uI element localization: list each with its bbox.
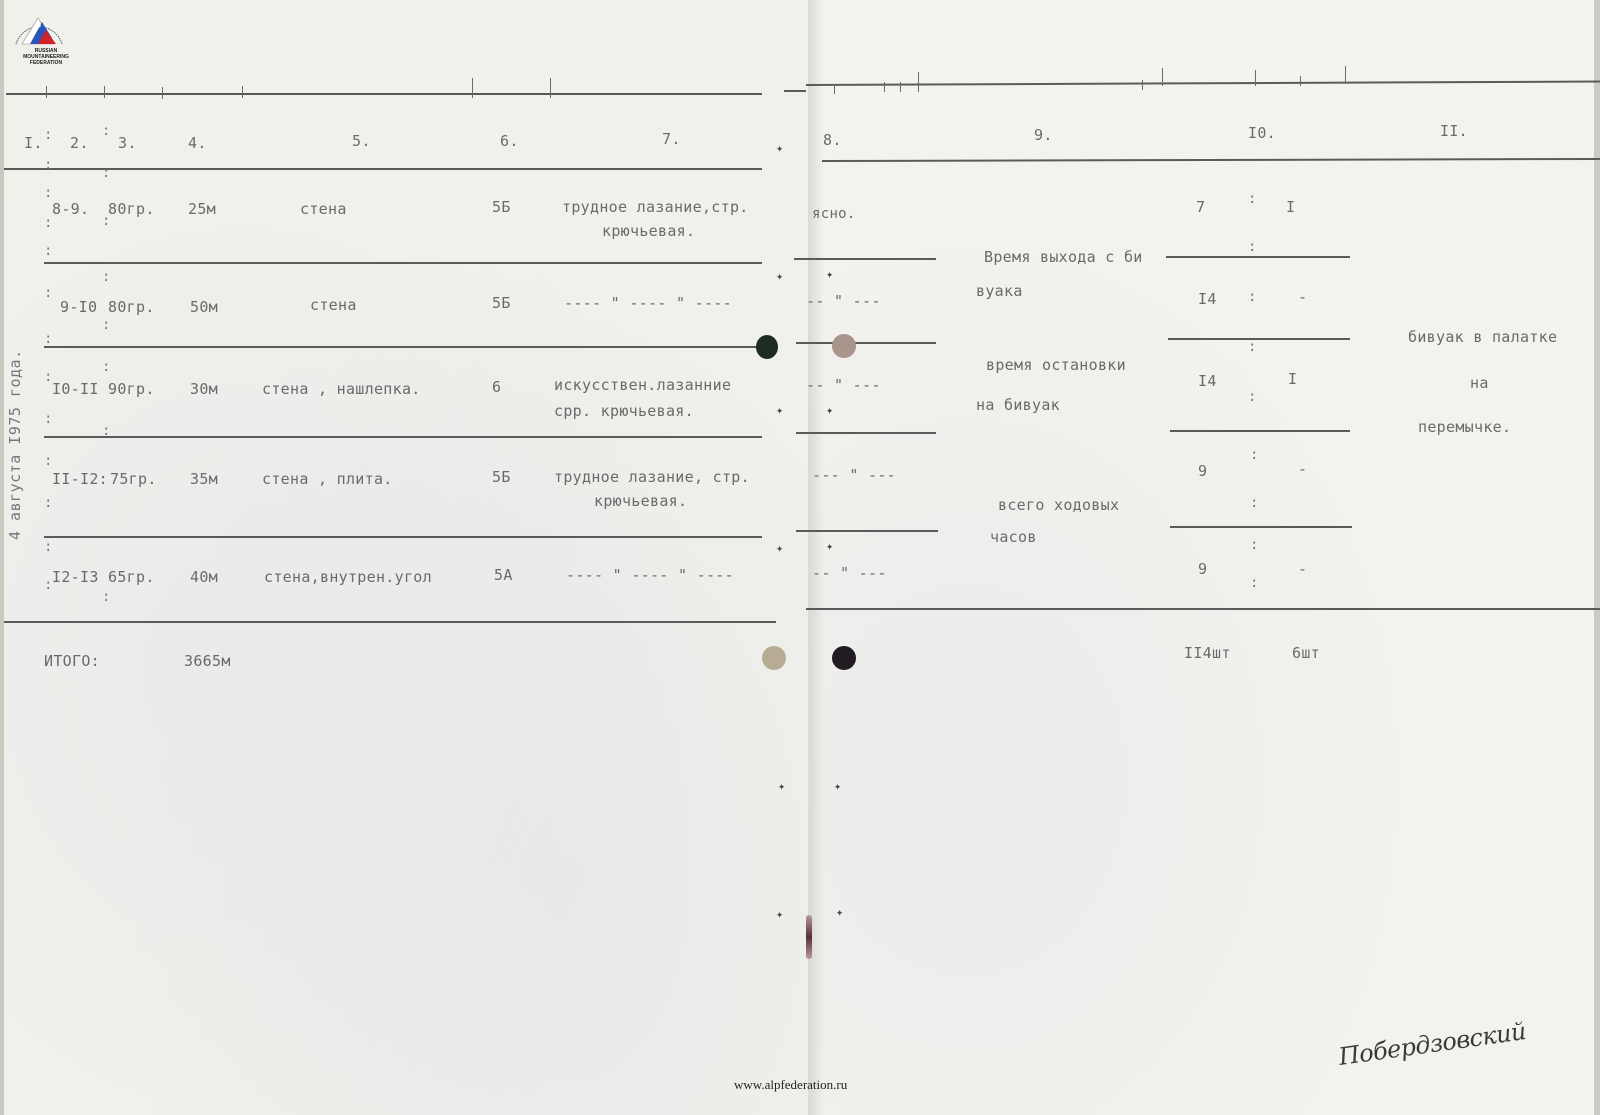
col11-note-3: перемычке. [1418,418,1511,436]
col10-rule [1170,430,1350,432]
punch-hole [762,646,786,670]
row4-technique: трудное лазание, стр. [554,468,750,486]
top-rule-left [6,93,762,95]
row1-steepness: 80гр. [108,200,155,218]
row3-section: I0-II [52,380,99,398]
right-page [810,0,1600,1115]
row2-weather: -- " --- [806,292,881,310]
row1-technique-2: крючьевая. [602,222,695,240]
row2-steepness: 80гр. [108,298,155,316]
col10-row3-left: I4 [1198,372,1217,390]
staple-mark: ✦ [778,780,785,792]
row-rule [44,262,762,264]
row4-section: II-I2: [52,470,108,488]
table-bottom-rule-right [806,608,1600,610]
federation-logo: RUSSIAN MOUNTAINEERING FEDERATION [8,8,70,60]
side-date: 4 августа I975 года. [6,349,24,540]
col10-row5-right: - [1298,560,1307,578]
totals-pitons-col10: II4шт [1184,644,1231,662]
stop-label-2: на бивуак [976,396,1060,414]
col10-row1-left: 7 [1196,198,1205,216]
staple-mark: ✦ [834,780,841,792]
staple-mark: ✦ [776,542,783,554]
row5-difficulty: 5А [494,566,513,584]
tick [104,86,105,98]
departure-label: Время выхода с би [984,248,1143,266]
row3-relief: стена , нашлепка. [262,380,421,398]
colon-divider: : [44,216,52,230]
col-header-4: 4. [188,134,207,152]
colon-divider: : [1248,290,1256,304]
mountain-logo-icon [8,8,70,48]
colon-divider: : [44,412,52,426]
col-header-9: 9. [1034,126,1053,144]
col10-row2-right: - [1298,288,1307,306]
tick [884,82,885,92]
row3-steepness: 90гр. [108,380,155,398]
table-bottom-rule-left [4,621,776,623]
col-header-10: I0. [1248,124,1276,142]
colon-divider: : [1250,448,1258,462]
tick [550,78,551,98]
row-rule [794,258,936,260]
row1-difficulty: 5Б [492,198,511,216]
tick [242,86,243,98]
colon-divider: : [1248,340,1256,354]
colon-divider: : [1250,538,1258,552]
col-header-5: 5. [352,132,371,150]
row-rule [796,342,936,344]
row2-difficulty: 5Б [492,294,511,312]
col10-row4-left: 9 [1198,462,1207,480]
hours-label-2: часов [990,528,1037,546]
staple-mark: ✦ [826,268,833,280]
colon-divider: : [44,286,52,300]
colon-divider: : [1248,240,1256,254]
tick [1300,76,1301,86]
staple-mark: ✦ [776,908,783,920]
colon-divider: : [1248,390,1256,404]
footer-url[interactable]: www.alpfederation.ru [734,1077,847,1093]
row4-length: 35м [190,470,218,488]
row-rule [44,436,762,438]
stop-label: время остановки [986,356,1126,374]
row3-difficulty: 6 [492,378,501,396]
tick [46,86,47,98]
hours-label: всего ходовых [998,496,1119,514]
col-header-8: 8. [823,131,842,149]
col-header-6: 6. [500,132,519,150]
row-rule [44,536,762,538]
tick [918,72,919,92]
col10-row2-left: I4 [1198,290,1217,308]
row2-technique: ---- " ---- " ---- [564,294,732,312]
row2-length: 50м [190,298,218,316]
col-header-1: I. [24,134,43,152]
staple-mark: ✦ [776,270,783,282]
row-rule [44,346,762,348]
col10-row3-right: I [1288,370,1297,388]
row5-weather: -- " --- [812,564,887,582]
colon-divider: : [44,332,52,346]
punch-hole [756,335,778,359]
row4-relief: стена , плита. [262,470,393,488]
row5-length: 40м [190,568,218,586]
row4-steepness: 75гр. [110,470,157,488]
row4-weather: --- " --- [812,466,896,484]
header-rule-left [4,168,762,170]
row-rule [796,432,936,434]
colon-divider: : [102,590,110,604]
totals-label: ИТОГО: [44,652,100,670]
staple-mark: ✦ [826,540,833,552]
tick [900,82,901,92]
tick [1162,68,1163,86]
row3-length: 30м [190,380,218,398]
row5-steepness: 65гр. [108,568,155,586]
staple-mark: ✦ [776,404,783,416]
col10-rule [1166,256,1350,258]
tick [1255,70,1256,86]
punch-hole [832,646,856,670]
col-header-2: 2. [70,134,89,152]
colon-divider: : [44,186,52,200]
colon-divider: : [44,496,52,510]
staple-mark: ✦ [776,142,783,154]
totals-length: 3665м [184,652,231,670]
ink-mark [806,915,812,959]
row1-weather: ясно. [812,205,856,223]
colon-divider: : [44,540,52,554]
col10-row1-right: I [1286,198,1295,216]
staple-mark: ✦ [826,404,833,416]
col10-rule [1168,338,1350,340]
row1-technique: трудное лазание,стр. [562,198,749,216]
colon-divider: : [1250,576,1258,590]
colon-divider: : [44,454,52,468]
punch-hole [832,334,856,358]
col10-row5-left: 9 [1198,560,1207,578]
tick [1142,80,1143,90]
tick [834,84,835,94]
row4-technique-2: крючьевая. [594,492,687,510]
row3-weather: -- " --- [806,376,881,394]
row3-technique-2: срр. крючьевая. [554,402,694,420]
colon-divider: : [44,158,52,172]
totals-pitons-col11: 6шт [1292,644,1320,662]
departure-label-2: вуака [976,282,1023,300]
colon-divider: : [44,128,52,142]
row2-section: 9-I0 [60,298,97,316]
row5-section: I2-I3 [52,568,99,586]
col-header-3: 3. [118,134,137,152]
colon-divider: : [1250,496,1258,510]
page-edge-right [1594,0,1600,1115]
spine-shadow [810,0,824,1115]
row1-section: 8-9. [52,200,89,218]
col10-rule [1170,526,1352,528]
colon-divider: : [1248,192,1256,206]
tick [1345,66,1346,84]
row5-relief: стена,внутрен.угол [264,568,432,586]
colon-divider: : [102,318,110,332]
row-rule [796,530,938,532]
top-rule-stub [784,90,806,92]
tick [472,78,473,98]
row4-difficulty: 5Б [492,468,511,486]
colon-divider: : [102,124,110,138]
logo-text: RUSSIAN MOUNTAINEERING FEDERATION [14,48,78,66]
row1-length: 25м [188,200,216,218]
tick [162,87,163,99]
colon-divider: : [102,270,110,284]
col11-note: бивуак в палатке [1408,328,1557,346]
row2-relief: стена [310,296,357,314]
colon-divider: : [102,360,110,374]
row5-technique: ---- " ---- " ---- [566,566,734,584]
row3-technique: искусствен.лазанние [554,376,731,394]
colon-divider: : [44,244,52,258]
col10-row4-right: - [1298,460,1307,478]
col-header-7: 7. [662,130,681,148]
row1-relief: стена [300,200,347,218]
col11-note-2: на [1470,374,1489,392]
col-header-11: II. [1440,122,1468,140]
staple-mark: ✦ [836,906,843,918]
colon-divider: : [102,166,110,180]
